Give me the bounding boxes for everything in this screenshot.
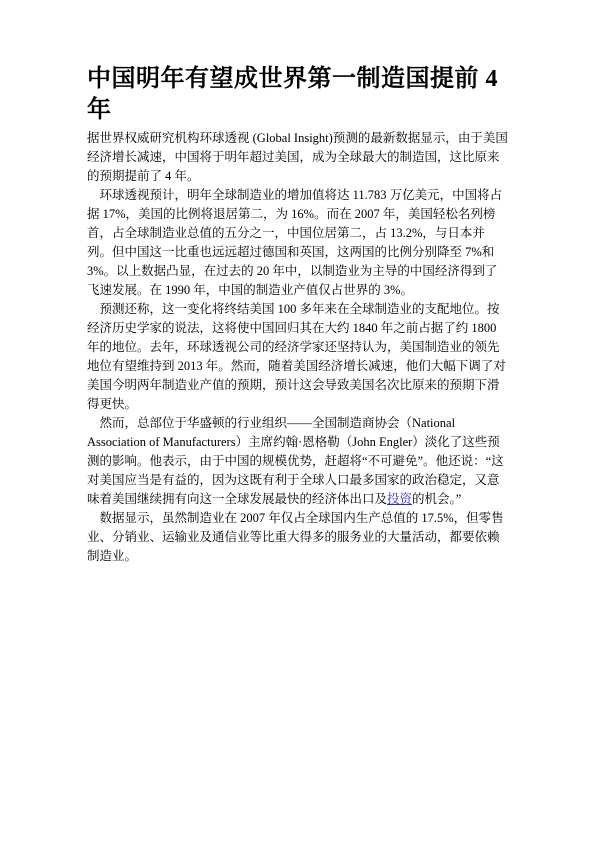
paragraph-nam-reaction: 然而，总部位于华盛顿的行业组织——全国制造商协会（National Associ… [87,414,508,509]
investment-link[interactable]: 投资 [387,492,412,506]
paragraph-text-after-link: 的机会。” [412,492,461,506]
document-page: 中国明年有望成世界第一制造国提前 4 年 据世界权威研究机构环球透视 (Glob… [0,0,595,842]
paragraph-historical-position: 预测还称，这一变化将终结美国 100 多年来在全球制造业的支配地位。按经济历史学… [87,300,508,414]
paragraph-gdp-share: 数据显示，虽然制造业在 2007 年仅占全球国内生产总值的 17.5%，但零售业… [87,509,508,566]
article-title: 中国明年有望成世界第一制造国提前 4 年 [87,64,508,126]
paragraph-forecast-figures: 环球透视预计，明年全球制造业的增加值将达 11.783 万亿美元，中国将占据 1… [87,186,508,300]
paragraph-lead: 据世界权威研究机构环球透视 (Global Insight)预测的最新数据显示，… [87,129,508,186]
